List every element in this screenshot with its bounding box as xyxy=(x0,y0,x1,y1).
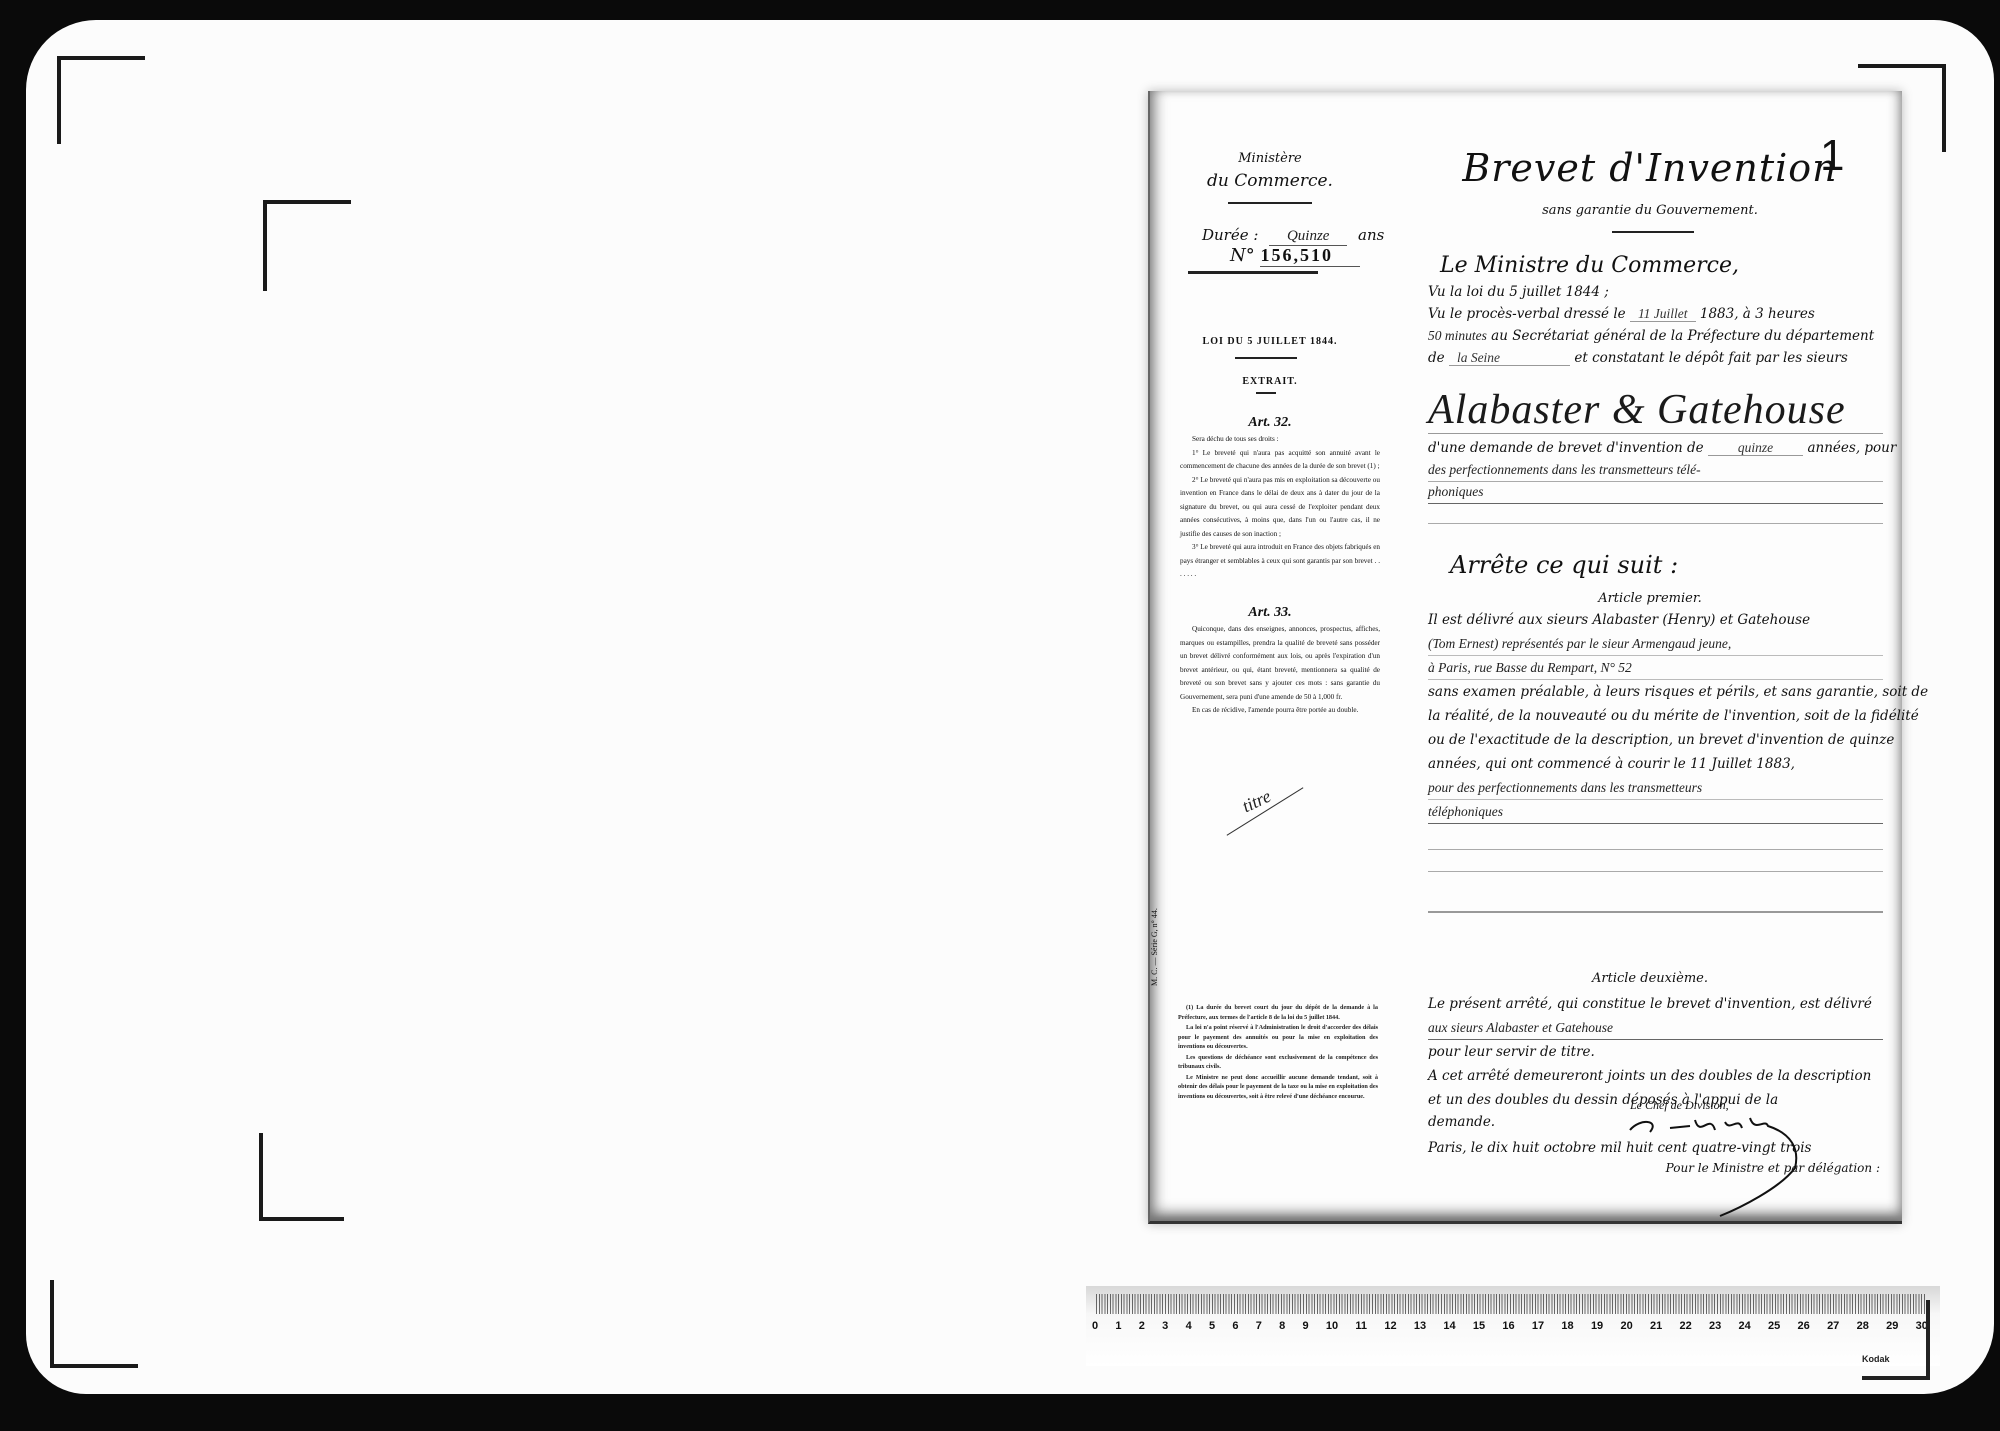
ruler-label: 5 xyxy=(1209,1320,1215,1332)
duration-label: Durée : xyxy=(1202,226,1258,244)
ruler-label: 18 xyxy=(1561,1320,1573,1332)
arrete-heading: Arrête ce qui suit : xyxy=(1450,551,1678,579)
ruler-ticks xyxy=(1096,1294,1926,1314)
ruler-label: 20 xyxy=(1620,1320,1632,1332)
law-paragraph: 3° Le breveté qui aura introduit en Fran… xyxy=(1180,541,1380,582)
footnote: (1) La durée du brevet court du jour du … xyxy=(1178,1003,1378,1022)
law-title: LOI DU 5 JUILLET 1844. xyxy=(1150,336,1390,347)
handwritten-duration: quinze xyxy=(1708,440,1803,456)
handwritten-minutes: 50 minutes xyxy=(1428,328,1487,343)
text: années, pour xyxy=(1807,440,1896,456)
text: d'une demande de brevet d'invention de xyxy=(1428,440,1704,456)
law-paragraph: Sera déchu de tous ses droits : xyxy=(1180,433,1380,447)
ruler-label: 11 xyxy=(1355,1320,1367,1332)
ornament-divider xyxy=(1235,357,1297,359)
article-2-line: aux sieurs Alabaster et Gatehouse xyxy=(1428,1017,1883,1040)
law-paragraph: 1° Le breveté qui n'aura pas acquitté so… xyxy=(1180,447,1380,474)
extract-label: EXTRAIT. xyxy=(1150,376,1390,387)
crop-mark-bottom-left xyxy=(50,1280,138,1368)
article-2-heading: Article deuxième. xyxy=(1400,971,1900,986)
article-33-heading: Art. 33. xyxy=(1150,605,1390,621)
ruler-logo: Kodak xyxy=(1862,1354,1890,1364)
duration-field: Durée : Quinze ans xyxy=(1202,226,1384,246)
ruler-label: 13 xyxy=(1414,1320,1426,1332)
duration-unit: ans xyxy=(1358,226,1384,244)
patent-number-value: 156,510 xyxy=(1260,245,1360,267)
divider xyxy=(1188,271,1318,274)
ministry-label: Ministère xyxy=(1150,151,1390,166)
article-1-line: années, qui ont commencé à courir le 11 … xyxy=(1428,753,1883,775)
article-1-line: (Tom Ernest) représentés par le sieur Ar… xyxy=(1428,633,1883,656)
page-number: 1 xyxy=(1820,131,1844,181)
document-subtitle: sans garantie du Gouvernement. xyxy=(1400,203,1900,218)
law-paragraph: Quiconque, dans des enseignes, annonces,… xyxy=(1180,623,1380,704)
article-1-line: à Paris, rue Basse du Rempart, N° 52 xyxy=(1428,657,1883,680)
law-paragraph: 2° Le breveté qui n'aura pas mis en expl… xyxy=(1180,474,1380,542)
article-1-line: téléphoniques xyxy=(1428,801,1883,824)
section-rule xyxy=(1428,911,1883,913)
minister-heading: Le Ministre du Commerce, xyxy=(1440,253,1739,278)
article-32-text: Sera déchu de tous ses droits : 1° Le br… xyxy=(1180,433,1380,582)
left-column: Ministère du Commerce. Durée : Quinze an… xyxy=(1150,91,1390,1221)
article-2-line: A cet arrêté demeureront joints un des d… xyxy=(1428,1065,1883,1087)
ruler-label: 3 xyxy=(1162,1320,1168,1332)
article-33-text: Quiconque, dans des enseignes, annonces,… xyxy=(1180,623,1380,718)
handwritten-department: la Seine xyxy=(1449,350,1570,366)
article-2-line: pour leur servir de titre. xyxy=(1428,1041,1883,1063)
ruler-labels: 0 1 2 3 4 5 6 7 8 9 10 11 12 13 14 15 16… xyxy=(1092,1320,1928,1332)
blank-rule xyxy=(1428,849,1883,850)
ruler-label: 27 xyxy=(1827,1320,1839,1332)
crop-mark-top-left xyxy=(57,56,145,144)
ruler-label: 14 xyxy=(1443,1320,1455,1332)
ruler-label: 9 xyxy=(1303,1320,1309,1332)
ornament-divider xyxy=(1228,202,1312,204)
law-paragraph: En cas de récidive, l'amende pourra être… xyxy=(1180,704,1380,718)
blank-rule xyxy=(1428,871,1883,872)
ruler-label: 0 xyxy=(1092,1320,1098,1332)
patent-number-field: N° 156,510 xyxy=(1230,245,1360,267)
ruler-label: 12 xyxy=(1384,1320,1396,1332)
ruler-label: 2 xyxy=(1139,1320,1145,1332)
ornament-divider xyxy=(1612,231,1694,233)
applicant-names: Alabaster & Gatehouse xyxy=(1428,387,1883,434)
proces-verbal-line: Vu le procès-verbal dressé le 11 Juillet… xyxy=(1428,303,1883,325)
margin-note: titre xyxy=(1239,786,1274,817)
article-1-line: Il est délivré aux sieurs Alabaster (Hen… xyxy=(1428,609,1883,631)
patent-number-label: N° xyxy=(1230,245,1255,266)
article-32-heading: Art. 32. xyxy=(1150,415,1390,431)
ruler-label: 17 xyxy=(1532,1320,1544,1332)
ruler-label: 19 xyxy=(1591,1320,1603,1332)
crop-mark-inner-bottom-left xyxy=(259,1133,344,1221)
ruler-label: 1 xyxy=(1115,1320,1121,1332)
secretariat-line: 50 minutes au Secrétariat général de la … xyxy=(1428,325,1883,347)
crop-mark-inner-top-left xyxy=(263,200,351,291)
ruler-label: 21 xyxy=(1650,1320,1662,1332)
ruler-label: 6 xyxy=(1232,1320,1238,1332)
text: 1883, à 3 heures xyxy=(1700,306,1815,322)
ruler-label: 16 xyxy=(1502,1320,1514,1332)
signature-icon xyxy=(1620,1108,1820,1218)
text: Vu le procès-verbal dressé le xyxy=(1428,306,1626,322)
footnote: La loi n'a point réservé à l'Administrat… xyxy=(1178,1023,1378,1052)
patent-document: Ministère du Commerce. Durée : Quinze an… xyxy=(1148,91,1902,1224)
ministry-name: du Commerce. xyxy=(1150,171,1390,191)
ruler-label: 4 xyxy=(1186,1320,1192,1332)
series-reference: M. C. — Série G, n° 44. xyxy=(1150,908,1159,986)
ruler-label: 23 xyxy=(1709,1320,1721,1332)
measurement-ruler: 0 1 2 3 4 5 6 7 8 9 10 11 12 13 14 15 16… xyxy=(1086,1286,1940,1366)
department-line: de la Seine et constatant le dépôt fait … xyxy=(1428,347,1883,369)
ruler-label: 25 xyxy=(1768,1320,1780,1332)
duration-value: Quinze xyxy=(1269,228,1347,246)
handwritten-date: 11 Juillet xyxy=(1630,306,1696,322)
text: de xyxy=(1428,350,1445,366)
article-1-heading: Article premier. xyxy=(1400,591,1900,606)
footnote: Les questions de déchéance sont exclusiv… xyxy=(1178,1053,1378,1072)
request-line: d'une demande de brevet d'invention de q… xyxy=(1428,437,1883,459)
ruler-label: 24 xyxy=(1739,1320,1751,1332)
object-line-2: phoniques xyxy=(1428,481,1883,504)
law-reference-line: Vu la loi du 5 juillet 1844 ; xyxy=(1428,281,1883,303)
divider xyxy=(1256,392,1276,394)
ruler-label: 26 xyxy=(1798,1320,1810,1332)
crop-mark-bottom-right xyxy=(1862,1300,1930,1380)
article-1-line: sans examen préalable, à leurs risques e… xyxy=(1428,681,1883,703)
article-1-line: la réalité, de la nouveauté ou du mérite… xyxy=(1428,705,1883,727)
ruler-label: 10 xyxy=(1326,1320,1338,1332)
ruler-label: 8 xyxy=(1279,1320,1285,1332)
ruler-label: 7 xyxy=(1256,1320,1262,1332)
article-1-line: pour des perfectionnements dans les tran… xyxy=(1428,777,1883,800)
ruler-label: 22 xyxy=(1679,1320,1691,1332)
ruler-label: 15 xyxy=(1473,1320,1485,1332)
article-2-line: Le présent arrêté, qui constitue le brev… xyxy=(1428,993,1883,1015)
article-1-line: ou de l'exactitude de la description, un… xyxy=(1428,729,1883,751)
object-line-1: des perfectionnements dans les transmett… xyxy=(1428,459,1883,482)
footnotes: (1) La durée du brevet court du jour du … xyxy=(1178,1003,1378,1102)
text: et constatant le dépôt fait par les sieu… xyxy=(1574,350,1847,366)
text: au Secrétariat général de la Préfecture … xyxy=(1491,328,1874,344)
footnote: Le Ministre ne peut donc accueillir aucu… xyxy=(1178,1073,1378,1102)
right-column: Brevet d'Invention 1 sans garantie du Go… xyxy=(1400,91,1900,1221)
blank-rule xyxy=(1428,523,1883,524)
